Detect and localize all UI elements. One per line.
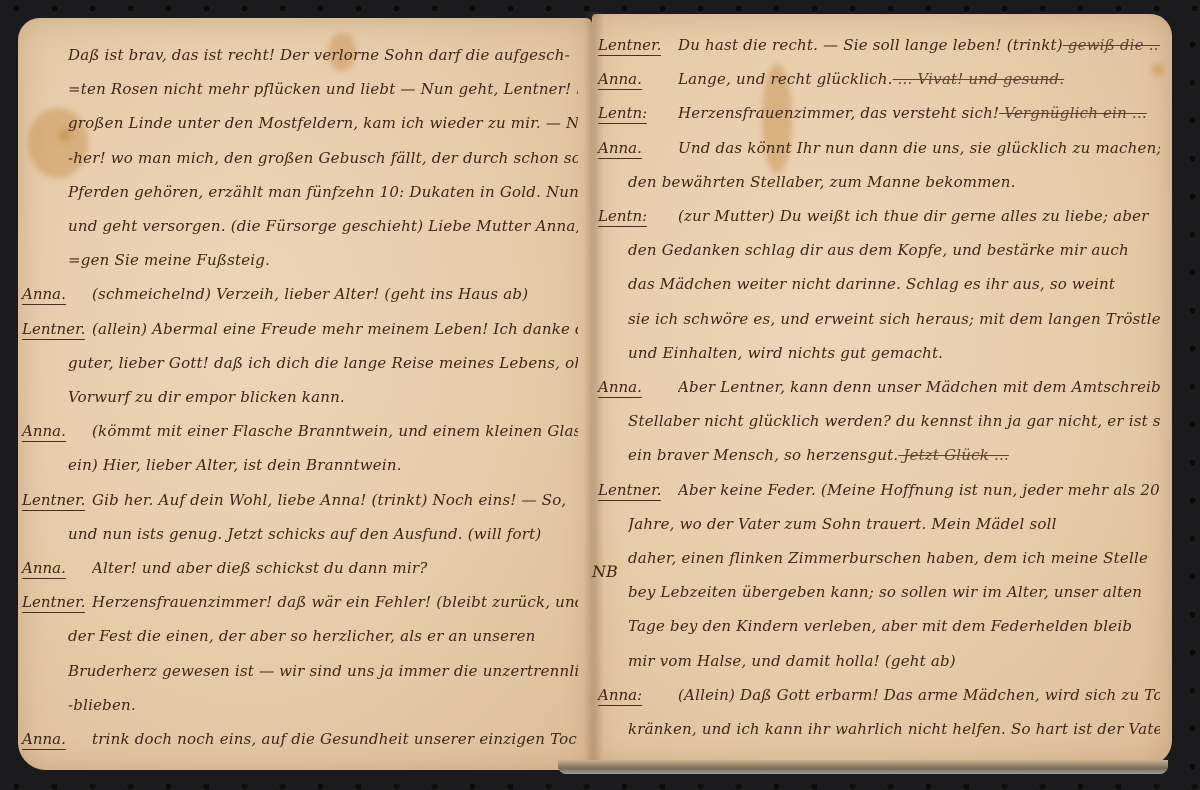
speaker-name: Anna. xyxy=(598,70,642,90)
pegboard-hole xyxy=(1188,268,1197,277)
pegboard-hole xyxy=(1188,154,1197,163)
manuscript-line: Du hast die recht. — Sie soll lange lebe… xyxy=(678,36,1160,54)
manuscript-line: guter, lieber Gott! daß ich dich die lan… xyxy=(68,354,578,372)
manuscript-line: Gib her. Auf dein Wohl, liebe Anna! (tri… xyxy=(92,491,578,509)
right-page: Lentner.Du hast die recht. — Sie soll la… xyxy=(592,14,1172,766)
manuscript-line: Pferden gehören, erzählt man fünfzehn 10… xyxy=(68,183,578,201)
manuscript-line: (Allein) Daß Gott erbarm! Das arme Mädch… xyxy=(678,686,1160,704)
pegboard-hole xyxy=(1190,4,1199,13)
speaker-name: Lentn: xyxy=(598,104,647,124)
pegboard-hole xyxy=(1114,782,1123,790)
nota-bene-mark: NB xyxy=(592,562,618,581)
pegboard-hole xyxy=(1188,420,1197,429)
manuscript-line: =ten Rosen nicht mehr pflücken und liebt… xyxy=(68,80,578,98)
speaker-name: Anna. xyxy=(598,139,642,159)
pegboard-hole xyxy=(1188,686,1197,695)
pegboard-hole xyxy=(1188,382,1197,391)
pegboard-hole xyxy=(1188,724,1197,733)
pegboard-hole xyxy=(240,782,249,790)
pegboard-hole xyxy=(88,782,97,790)
pegboard-hole xyxy=(1188,344,1197,353)
manuscript-line: den bewährten Stellaber, zum Manne bekom… xyxy=(628,173,1160,191)
pegboard-hole xyxy=(354,782,363,790)
manuscript-line: Herzensfrauenzimmer! daß wär ein Fehler!… xyxy=(92,593,578,611)
speaker-name: Anna. xyxy=(22,422,66,442)
manuscript-line: Stellaber nicht glücklich werden? du ken… xyxy=(628,412,1160,430)
speaker-name: Lentner. xyxy=(22,320,85,340)
manuscript-line: -her! wo man mich, den großen Gebusch fä… xyxy=(68,149,578,167)
manuscript-line: Aber Lentner, kann denn unser Mädchen mi… xyxy=(678,378,1160,396)
pegboard-hole xyxy=(1188,230,1197,239)
manuscript-line: mir vom Halse, und damit holla! (geht ab… xyxy=(628,652,1160,670)
pegboard-hole xyxy=(848,782,857,790)
speaker-name: Anna. xyxy=(22,285,66,305)
speaker-name: Lentner. xyxy=(22,491,85,511)
pegboard-hole xyxy=(1076,782,1085,790)
speaker-name: Anna. xyxy=(598,378,642,398)
speaker-name: Anna. xyxy=(22,730,66,750)
book-gutter xyxy=(584,12,604,774)
pegboard-hole xyxy=(582,782,591,790)
manuscript-line: sie ich schwöre es, und erweint sich her… xyxy=(628,310,1160,328)
struck-through-text: gewiß die ... und Glück! xyxy=(1063,36,1160,54)
manuscript-line: daher, einen flinken Zimmerburschen habe… xyxy=(628,549,1160,567)
manuscript-line: Tage bey den Kindern verleben, aber mit … xyxy=(628,617,1160,635)
pegboard-hole xyxy=(696,782,705,790)
speaker-name: Anna. xyxy=(22,559,66,579)
manuscript-line: (allein) Abermal eine Freude mehr meinem… xyxy=(92,320,578,338)
manuscript-line: trink doch noch eins, auf die Gesundheit… xyxy=(92,730,578,748)
manuscript-line: das Mädchen weiter nicht darinne. Schlag… xyxy=(628,275,1160,293)
struck-through-text: ... Vivat! und gesund. xyxy=(893,70,1065,88)
manuscript-line: =gen Sie meine Fußsteig. xyxy=(68,251,578,269)
pegboard-hole xyxy=(1188,648,1197,657)
pegboard-hole xyxy=(810,782,819,790)
pegboard-hole xyxy=(50,782,59,790)
manuscript-line: (zur Mutter) Du weißt ich thue dir gerne… xyxy=(678,207,1160,225)
manuscript-line: -blieben. xyxy=(68,696,578,714)
manuscript-line: ein braver Mensch, so herzensgut. Jetzt … xyxy=(628,446,1160,464)
pegboard-hole xyxy=(772,782,781,790)
pegboard-hole xyxy=(1188,534,1197,543)
pegboard-hole xyxy=(1188,496,1197,505)
manuscript-line: Alter! und aber dieß schickst du dann mi… xyxy=(92,559,578,577)
manuscript-line: (schmeichelnd) Verzeih, lieber Alter! (g… xyxy=(92,285,578,303)
pegboard-hole xyxy=(924,782,933,790)
speaker-name: Lentner. xyxy=(598,481,661,501)
pegboard-hole xyxy=(1000,782,1009,790)
left-page: Daß ist brav, das ist recht! Der verlorn… xyxy=(18,18,592,770)
pegboard-hole xyxy=(544,782,553,790)
pegboard-hole xyxy=(1188,306,1197,315)
manuscript-line: Jahre, wo der Vater zum Sohn trauert. Me… xyxy=(628,515,1160,533)
manuscript-line: bey Lebzeiten übergeben kann; so sollen … xyxy=(628,583,1160,601)
open-manuscript-book: Daß ist brav, das ist recht! Der verlorn… xyxy=(18,12,1180,774)
pegboard-hole xyxy=(1188,762,1197,771)
pegboard-hole xyxy=(620,782,629,790)
pegboard-hole xyxy=(962,782,971,790)
manuscript-line: Lange, und recht glücklich. ... Vivat! u… xyxy=(678,70,1160,88)
manuscript-line: großen Linde unter den Mostfeldern, kam … xyxy=(68,114,578,132)
manuscript-line: und Einhalten, wird nichts gut gemacht. xyxy=(628,344,1160,362)
pegboard-hole xyxy=(1188,116,1197,125)
pegboard-hole xyxy=(1038,782,1047,790)
pegboard-hole xyxy=(1188,78,1197,87)
struck-through-text: Jetzt Glück ... xyxy=(898,446,1009,464)
pegboard-hole xyxy=(1188,40,1197,49)
manuscript-line: (kömmt mit einer Flasche Branntwein, und… xyxy=(92,422,578,440)
pegboard-hole xyxy=(392,782,401,790)
speaker-name: Lentn: xyxy=(598,207,647,227)
pegboard-hole xyxy=(1188,610,1197,619)
manuscript-line: Und das könnt Ihr nun dann die uns, sie … xyxy=(678,139,1160,157)
manuscript-line: kränken, und ich kann ihr wahrlich nicht… xyxy=(628,720,1160,738)
manuscript-line: und geht versorgen. (die Fürsorge geschi… xyxy=(68,217,578,235)
pegboard-hole xyxy=(430,782,439,790)
pegboard-hole xyxy=(202,782,211,790)
pegboard-hole xyxy=(278,782,287,790)
page-edges xyxy=(558,760,1168,774)
pegboard-hole xyxy=(468,782,477,790)
pegboard-hole xyxy=(1188,458,1197,467)
manuscript-line: und nun ists genug. Jetzt schicks auf de… xyxy=(68,525,578,543)
pegboard-hole xyxy=(164,782,173,790)
manuscript-line: Daß ist brav, das ist recht! Der verlorn… xyxy=(68,46,578,64)
pegboard-hole xyxy=(126,782,135,790)
struck-through-text: Vergnüglich ein ... xyxy=(999,104,1147,122)
pegboard-hole xyxy=(12,782,21,790)
pegboard-hole xyxy=(886,782,895,790)
manuscript-line: ein) Hier, lieber Alter, ist dein Brannt… xyxy=(68,456,578,474)
manuscript-line: den Gedanken schlag dir aus dem Kopfe, u… xyxy=(628,241,1160,259)
manuscript-line: Herzensfrauenzimmer, das versteht sich! … xyxy=(678,104,1160,122)
manuscript-line: Bruderherz gewesen ist — wir sind uns ja… xyxy=(68,662,578,680)
pegboard-hole xyxy=(1152,782,1161,790)
manuscript-line: der Fest die einen, der aber so herzlich… xyxy=(68,627,578,645)
speaker-name: Lentner. xyxy=(598,36,661,56)
pegboard-hole xyxy=(658,782,667,790)
speaker-name: Anna: xyxy=(598,686,642,706)
pegboard-hole xyxy=(316,782,325,790)
pegboard-hole xyxy=(1188,572,1197,581)
pegboard-hole xyxy=(1190,782,1199,790)
speaker-name: Lentner. xyxy=(22,593,85,613)
pegboard-hole xyxy=(506,782,515,790)
manuscript-line: Aber keine Feder. (Meine Hoffnung ist nu… xyxy=(678,481,1160,499)
pegboard-hole xyxy=(734,782,743,790)
pegboard-hole xyxy=(1188,192,1197,201)
manuscript-line: Vorwurf zu dir empor blicken kann. xyxy=(68,388,578,406)
